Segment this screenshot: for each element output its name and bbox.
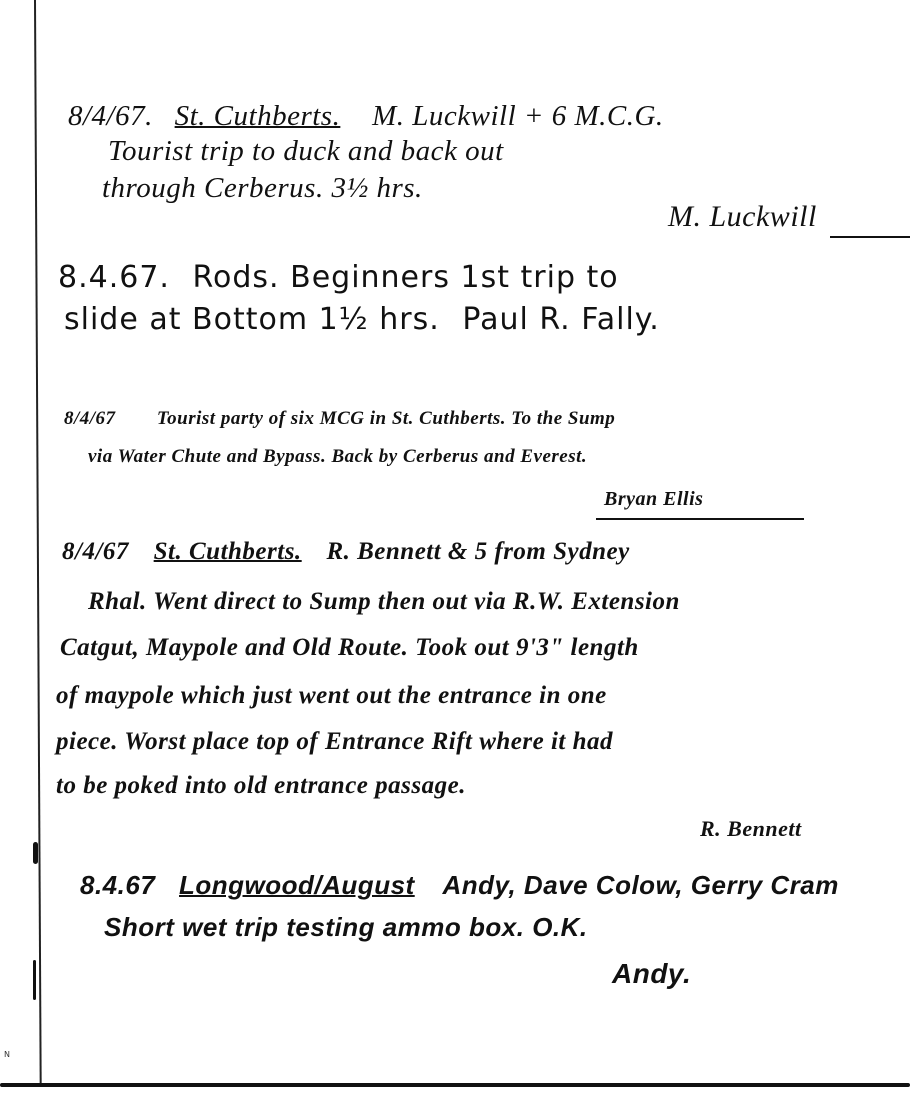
entry-header: 8.4.67. Rods. Beginners 1st trip to: [58, 260, 619, 295]
entry-date: 8/4/67.: [68, 100, 153, 132]
entry-text-line: via Water Chute and Bypass. Back by Cerb…: [88, 446, 587, 468]
entry-text-line: Short wet trip testing ammo box. O.K.: [104, 912, 588, 943]
entry-date: 8/4/67: [62, 538, 129, 565]
entry-text-line: slide at Bottom 1½ hrs.: [64, 302, 440, 337]
page-bottom-edge: [0, 1083, 910, 1087]
entry-text-line: Rods. Beginners 1st trip to: [193, 260, 619, 295]
entry-text-line: R. Bennett & 5 from Sydney: [326, 538, 629, 565]
entry-cave: St. Cuthberts.: [175, 100, 341, 132]
entry-text-line: piece. Worst place top of Entrance Rift …: [56, 728, 613, 756]
entry-date: 8/4/67: [64, 408, 116, 429]
entry-header: 8/4/67 Tourist party of six MCG in St. C…: [64, 408, 615, 430]
signature-underline: [596, 518, 804, 520]
entry-signature: M. Luckwill: [668, 200, 817, 234]
entry-text-line: Andy, Dave Colow, Gerry Cram: [442, 870, 838, 900]
entry-text-line: Rhal. Went direct to Sump then out via R…: [88, 588, 680, 616]
signature-flourish: [830, 236, 910, 238]
entry-date: 8.4.67: [80, 870, 155, 900]
entry-text-line: M. Luckwill + 6 M.C.G.: [372, 100, 664, 132]
entry-signature: Bryan Ellis: [604, 488, 703, 511]
entry-cave: St. Cuthberts.: [154, 538, 302, 565]
entry-signature: R. Bennett: [700, 816, 802, 842]
entry-text-line: Tourist trip to duck and back out: [108, 135, 504, 168]
entry-signature: Andy.: [612, 958, 691, 990]
ink-blot: [33, 842, 38, 864]
logbook-page: N 8/4/67. St. Cuthberts. M. Luckwill + 6…: [0, 0, 910, 1120]
entry-text-line: to be poked into old entrance passage.: [56, 772, 466, 800]
entry-text-line: of maypole which just went out the entra…: [56, 682, 607, 710]
entry-text-line: Catgut, Maypole and Old Route. Took out …: [60, 634, 639, 662]
ink-blot: [33, 960, 36, 1000]
entry-header: 8/4/67 St. Cuthberts. R. Bennett & 5 fro…: [62, 538, 630, 566]
entry-header: 8.4.67 Longwood/August Andy, Dave Colow,…: [80, 870, 839, 901]
entry-signature: Paul R. Fally.: [462, 302, 659, 337]
entry-date: 8.4.67.: [58, 260, 170, 295]
margin-mark: N: [4, 1050, 10, 1059]
entry-text-line-wrap: slide at Bottom 1½ hrs. Paul R. Fally.: [64, 302, 660, 337]
entry-cave: Longwood/August: [179, 870, 415, 900]
left-margin-rule: [34, 0, 41, 1085]
entry-text-line: through Cerberus. 3½ hrs.: [102, 172, 423, 205]
entry-header: 8/4/67. St. Cuthberts. M. Luckwill + 6 M…: [68, 100, 664, 133]
entry-text-line: Tourist party of six MCG in St. Cuthbert…: [157, 408, 616, 429]
